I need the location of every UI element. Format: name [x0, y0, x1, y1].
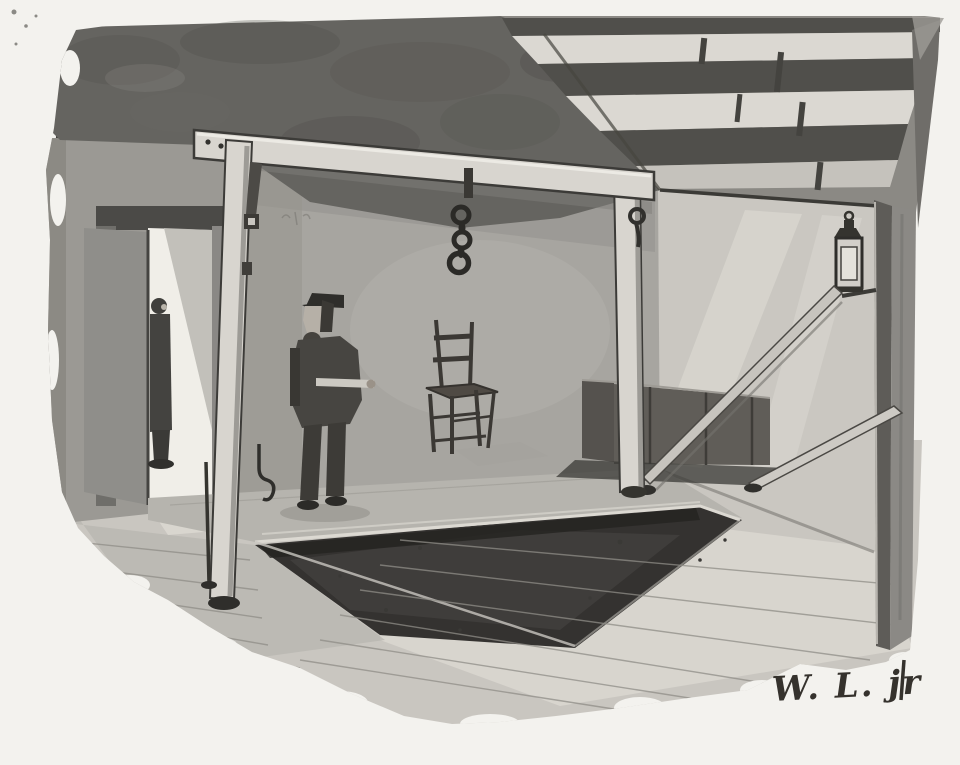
- left-post-cleat-center: [248, 218, 255, 225]
- guard-left-arm-shade: [290, 348, 300, 406]
- guard-leg-right: [326, 422, 346, 496]
- wash-drawing: W. L. jr: [0, 0, 960, 765]
- rafter-2: [538, 58, 930, 96]
- chain-strap: [464, 168, 473, 198]
- doorway-figure-face: [161, 304, 167, 310]
- left-post-foot: [208, 596, 240, 610]
- short-brace-foot: [744, 484, 762, 493]
- guard-hand: [367, 380, 376, 389]
- guard-boot-right: [325, 496, 347, 506]
- partition-small-panel: [582, 380, 614, 462]
- chair-slat-mid: [433, 358, 471, 360]
- illustration-page: W. L. jr: [0, 0, 960, 765]
- right-post-foot: [621, 486, 647, 498]
- chair-back-post-right: [470, 322, 472, 388]
- wood-partition: [556, 380, 788, 486]
- beam-bolt-2: [218, 143, 223, 148]
- guard-hair: [320, 300, 334, 332]
- doorway-figure-body: [150, 314, 172, 432]
- doorway-figure-legs: [152, 430, 170, 462]
- iron-rod-foot: [201, 581, 217, 589]
- skylight-pane-2: [566, 90, 919, 131]
- doorway-figure-feet: [148, 459, 174, 469]
- right-wall-streak: [900, 214, 902, 620]
- left-post-lower-cleat: [242, 262, 252, 275]
- open-door-panel: [84, 228, 148, 505]
- chair-slat-top: [434, 336, 472, 338]
- beam-bolt-1: [205, 139, 210, 144]
- guard-shadow: [280, 504, 370, 522]
- door-header: [96, 206, 232, 230]
- lantern-glass: [841, 247, 857, 280]
- guard-boot-left: [297, 500, 319, 510]
- lantern-chimney: [844, 220, 854, 229]
- rafter-3: [600, 124, 908, 166]
